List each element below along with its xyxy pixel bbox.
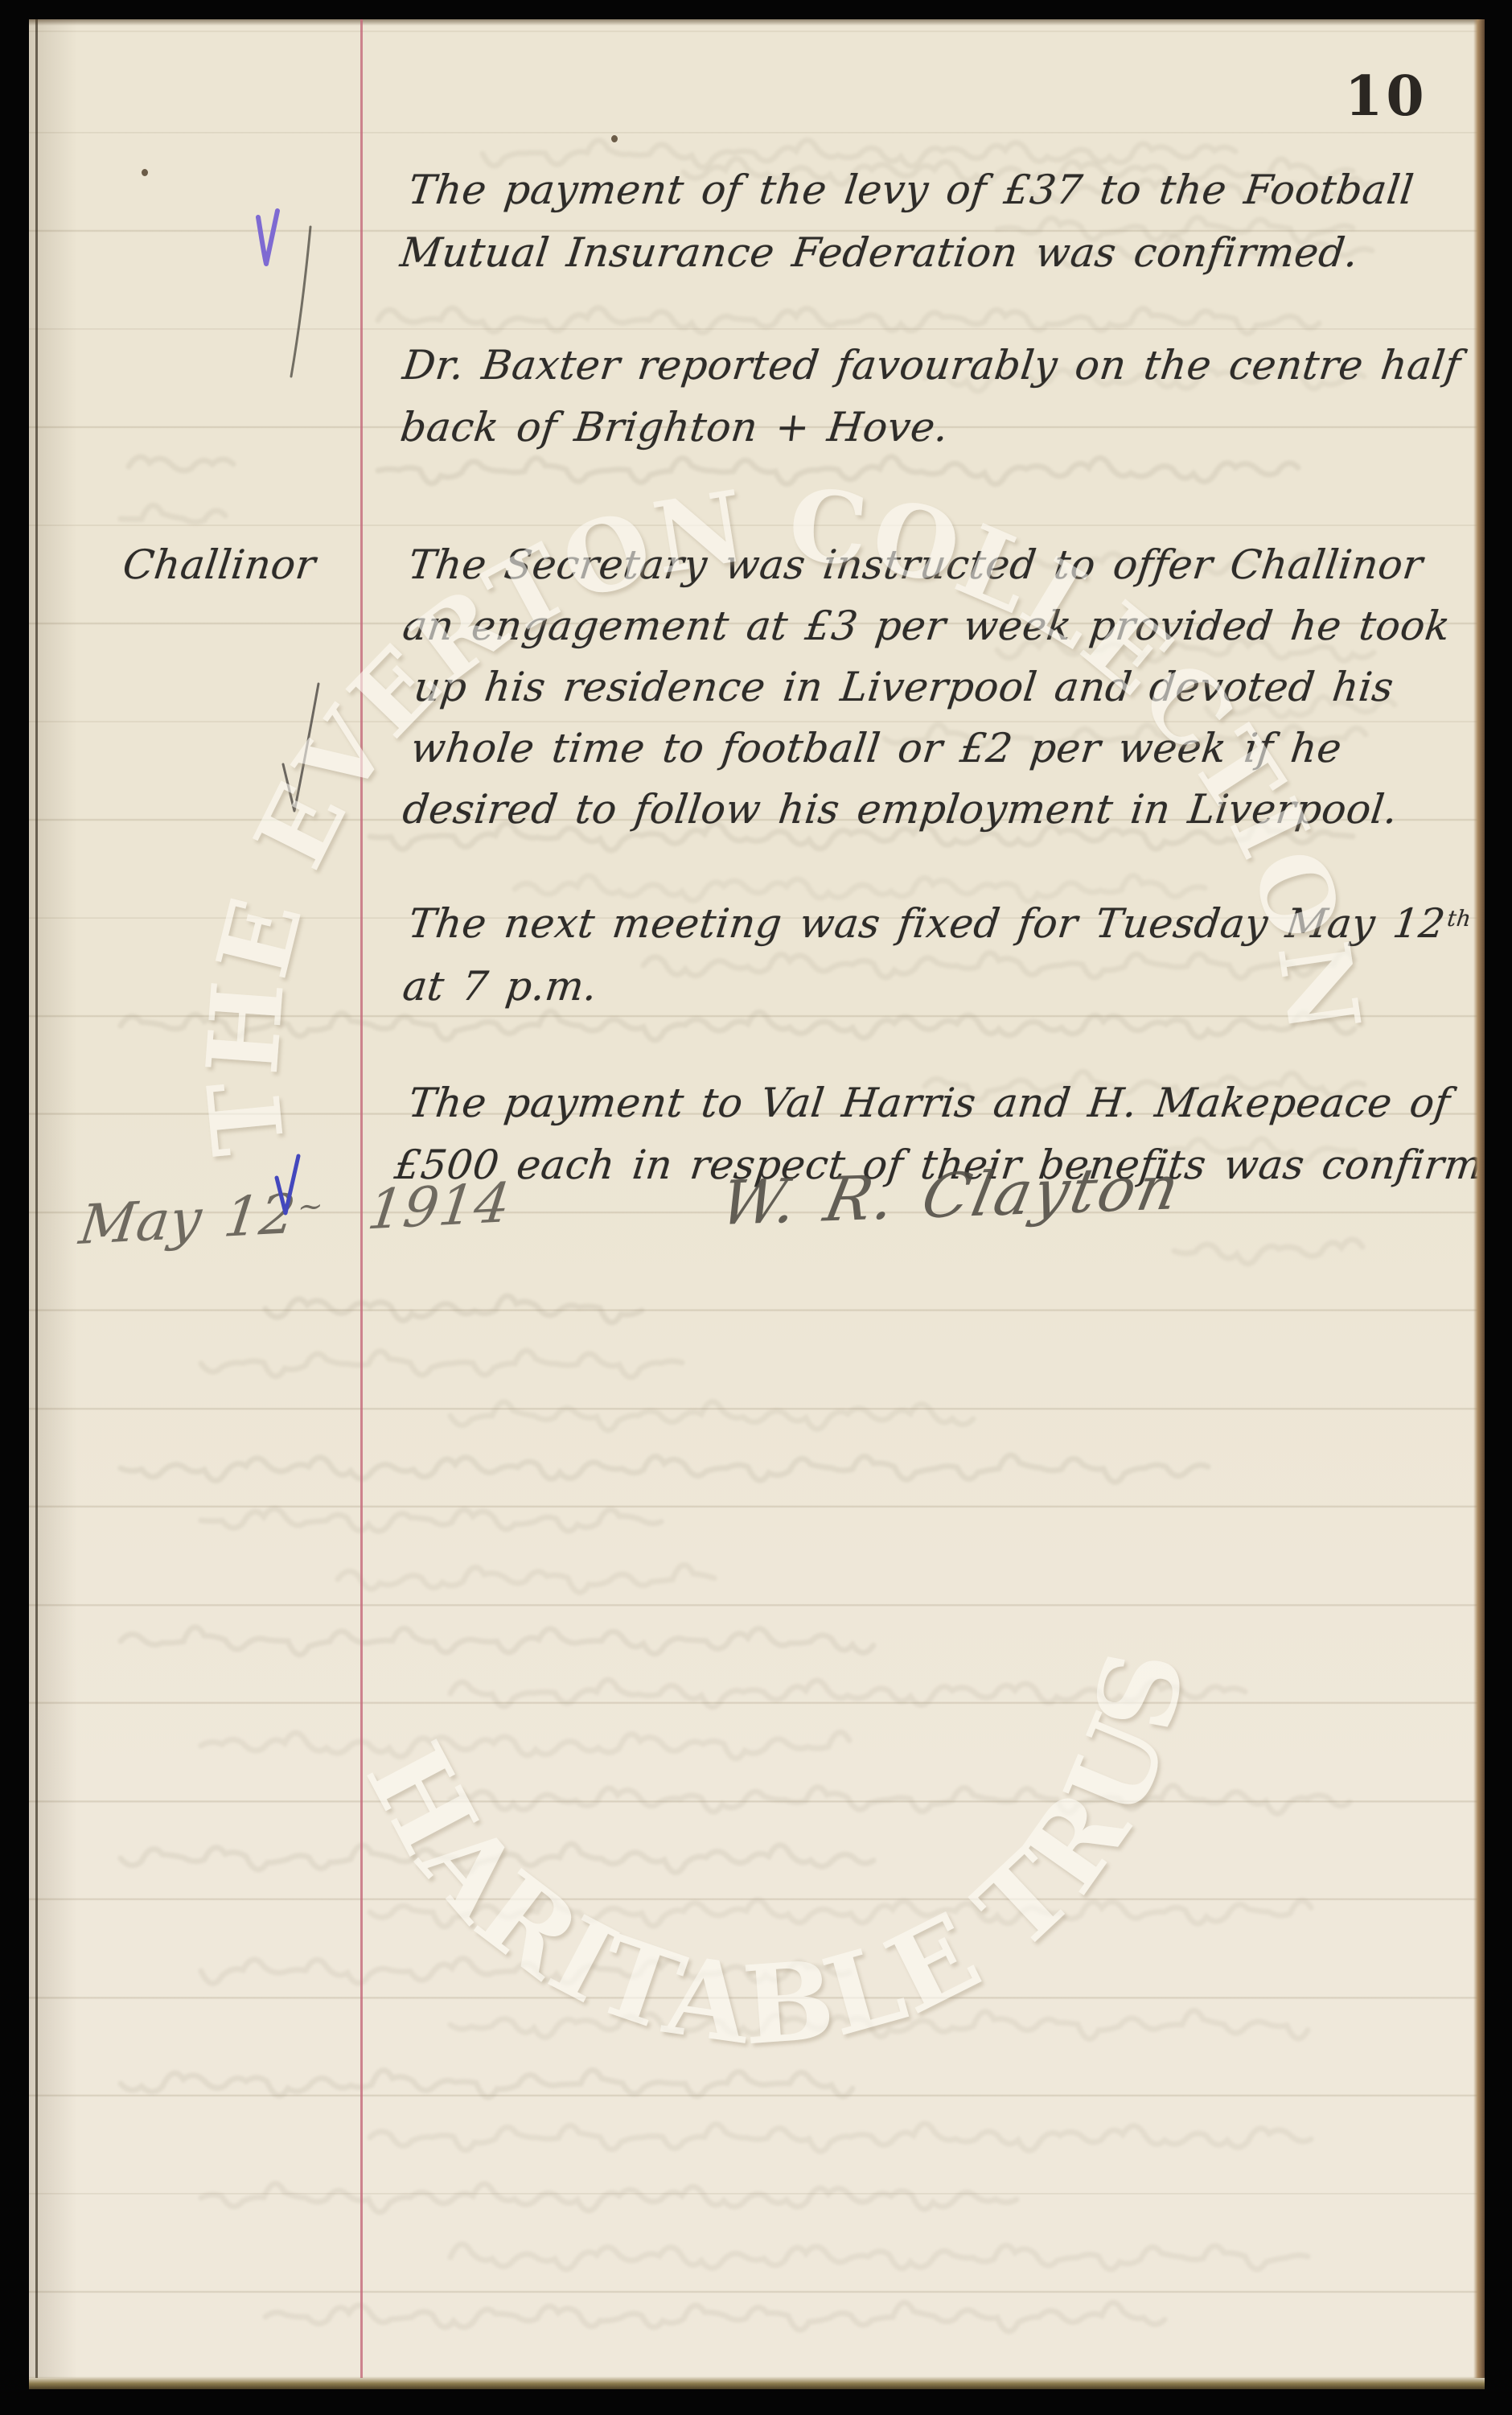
minute-line: The payment of the levy of £37 to the Fo… [406, 169, 1416, 212]
previous-page-edge [35, 19, 38, 2378]
margin-note-challinor: Challinor [121, 544, 318, 586]
date-prefix: May 12 [76, 1183, 299, 1257]
minute-line: Mutual Insurance Federation was confirme… [398, 232, 1361, 274]
top-page-edge [29, 19, 1485, 26]
chairman-signature: W. R. Clayton [716, 1157, 1186, 1234]
bottom-page-edge [29, 2376, 1485, 2389]
right-page-edge [1473, 19, 1485, 2378]
minute-line: whole time to football or £2 per week if… [409, 727, 1344, 770]
minute-line: The Secretary was instructed to offer Ch… [406, 544, 1425, 586]
minute-line-text: The next meeting was fixed for Tuesday M… [406, 900, 1448, 947]
minute-line: up his residence in Liverpool and devote… [412, 666, 1396, 709]
date-year: 1914 [364, 1171, 514, 1242]
minute-line: desired to follow his employment in Live… [401, 788, 1400, 831]
minute-line: Dr. Baxter reported favourably on the ce… [401, 344, 1463, 387]
minute-line: The next meeting was fixed for Tuesday M… [406, 903, 1473, 945]
minute-line: an engagement at £3 per week provided he… [401, 605, 1452, 648]
page-number: 10 [1345, 69, 1428, 124]
superscript-th: th [1446, 906, 1473, 932]
scan-frame-right [1485, 0, 1512, 2415]
date-flourish: ~ [296, 1188, 327, 1225]
minute-line: The payment to Val Harris and H. Makepea… [406, 1082, 1452, 1125]
scan-frame-left [0, 0, 29, 2415]
ink-speck [611, 135, 618, 142]
scanned-minute-book-page: 10 The payment of the levy of £37 to the… [0, 0, 1512, 2415]
minute-line: back of Brighton + Hove. [398, 406, 951, 449]
scan-frame-bottom [0, 2389, 1512, 2415]
ink-speck [142, 169, 148, 176]
scan-frame-top [0, 0, 1512, 19]
minute-line: at 7 p.m. [401, 965, 600, 1008]
